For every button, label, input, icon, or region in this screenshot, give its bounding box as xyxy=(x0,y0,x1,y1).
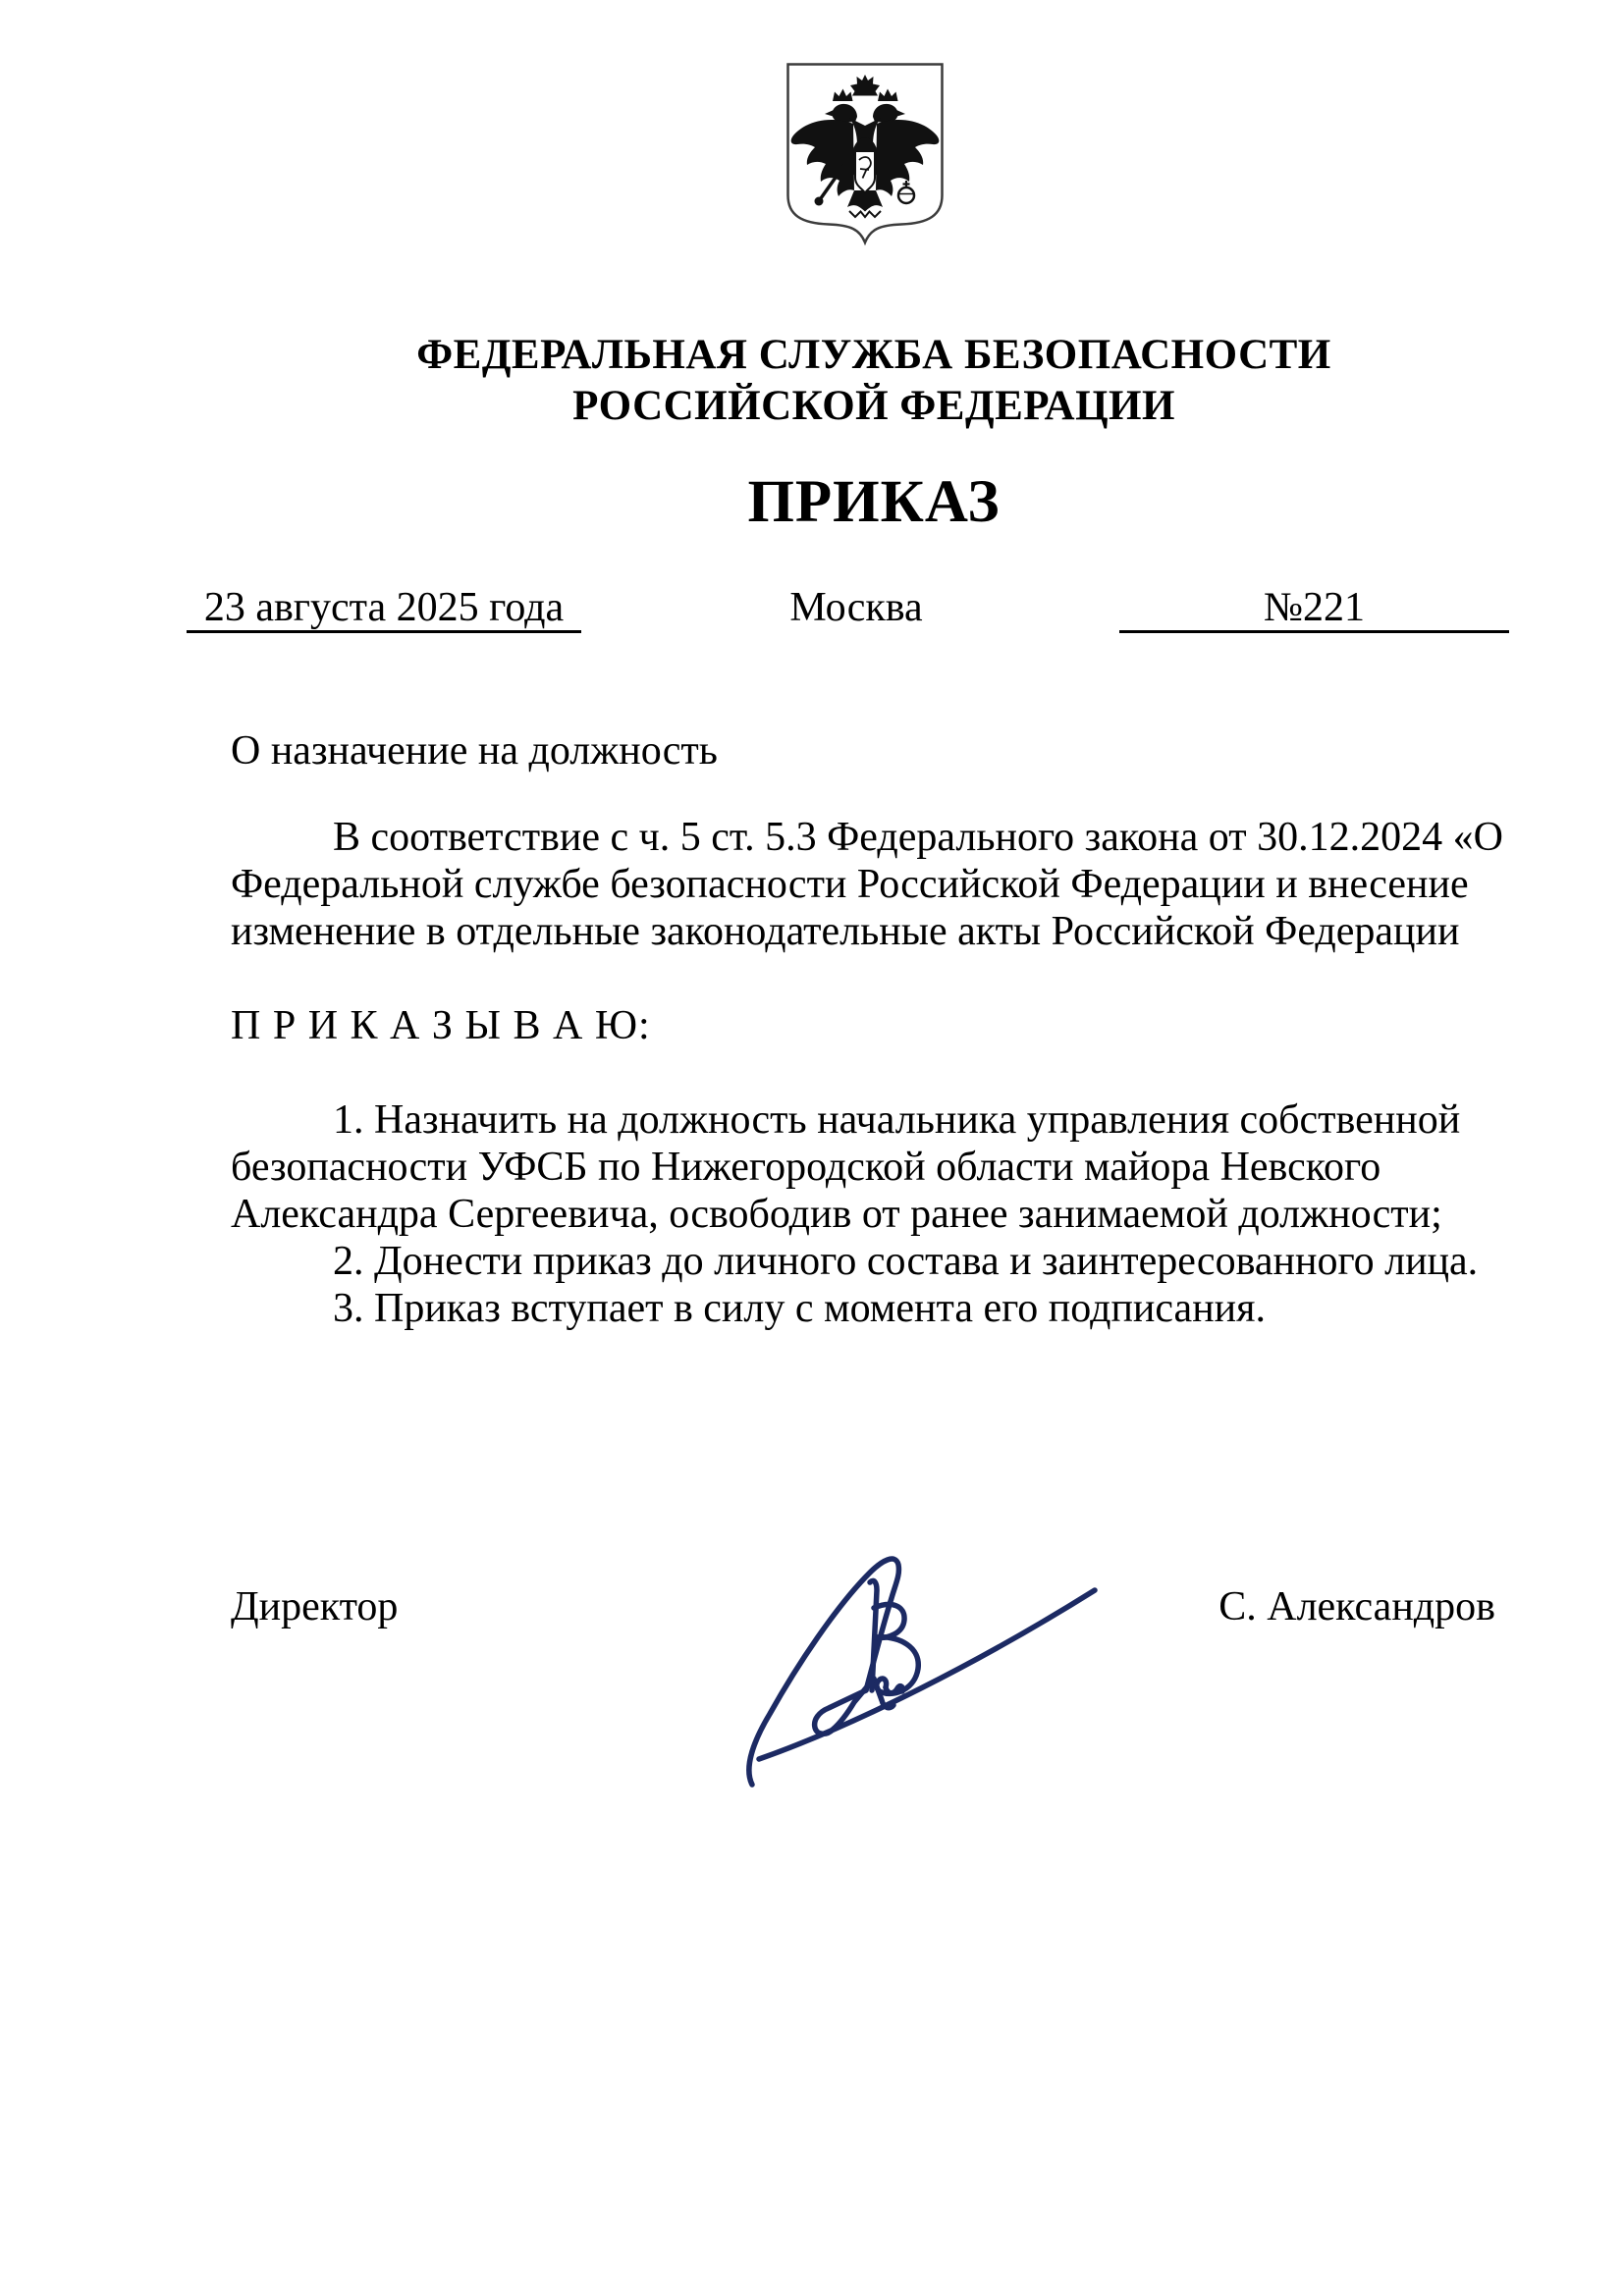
signer-title: Директор xyxy=(231,1583,398,1630)
doc-type-title: ПРИКАЗ xyxy=(231,471,1517,534)
org-name-line2: РОССИЙСКОЙ ФЕДЕРАЦИИ xyxy=(231,381,1517,432)
signature-image xyxy=(727,1543,1119,1798)
number-field: №221 xyxy=(1119,585,1509,633)
subject-line: О назначение на должность xyxy=(231,727,1537,774)
order-item-3: 3. Приказ вступает в силу с момента его … xyxy=(231,1285,1537,1332)
intro-paragraph: В соответствие с ч. 5 ст. 5.3 Федерально… xyxy=(231,814,1537,955)
order-items: 1. Назначить на должность начальника упр… xyxy=(231,1096,1537,1332)
decree-word: П Р И К А З Ы В А Ю: xyxy=(231,1002,1537,1049)
org-name-line1: ФЕДЕРАЛЬНАЯ СЛУЖБА БЕЗОПАСНОСТИ xyxy=(231,330,1517,381)
coat-of-arms-icon xyxy=(783,61,947,247)
order-item-1: 1. Назначить на должность начальника упр… xyxy=(231,1096,1537,1238)
place-field: Москва xyxy=(748,585,964,630)
date-field: 23 августа 2025 года xyxy=(187,585,581,633)
order-item-2: 2. Донести приказ до личного состава и з… xyxy=(231,1238,1537,1285)
order-document-page: ФЕДЕРАЛЬНАЯ СЛУЖБА БЕЗОПАСНОСТИ РОССИЙСК… xyxy=(0,0,1624,2296)
org-name: ФЕДЕРАЛЬНАЯ СЛУЖБА БЕЗОПАСНОСТИ РОССИЙСК… xyxy=(231,330,1517,432)
